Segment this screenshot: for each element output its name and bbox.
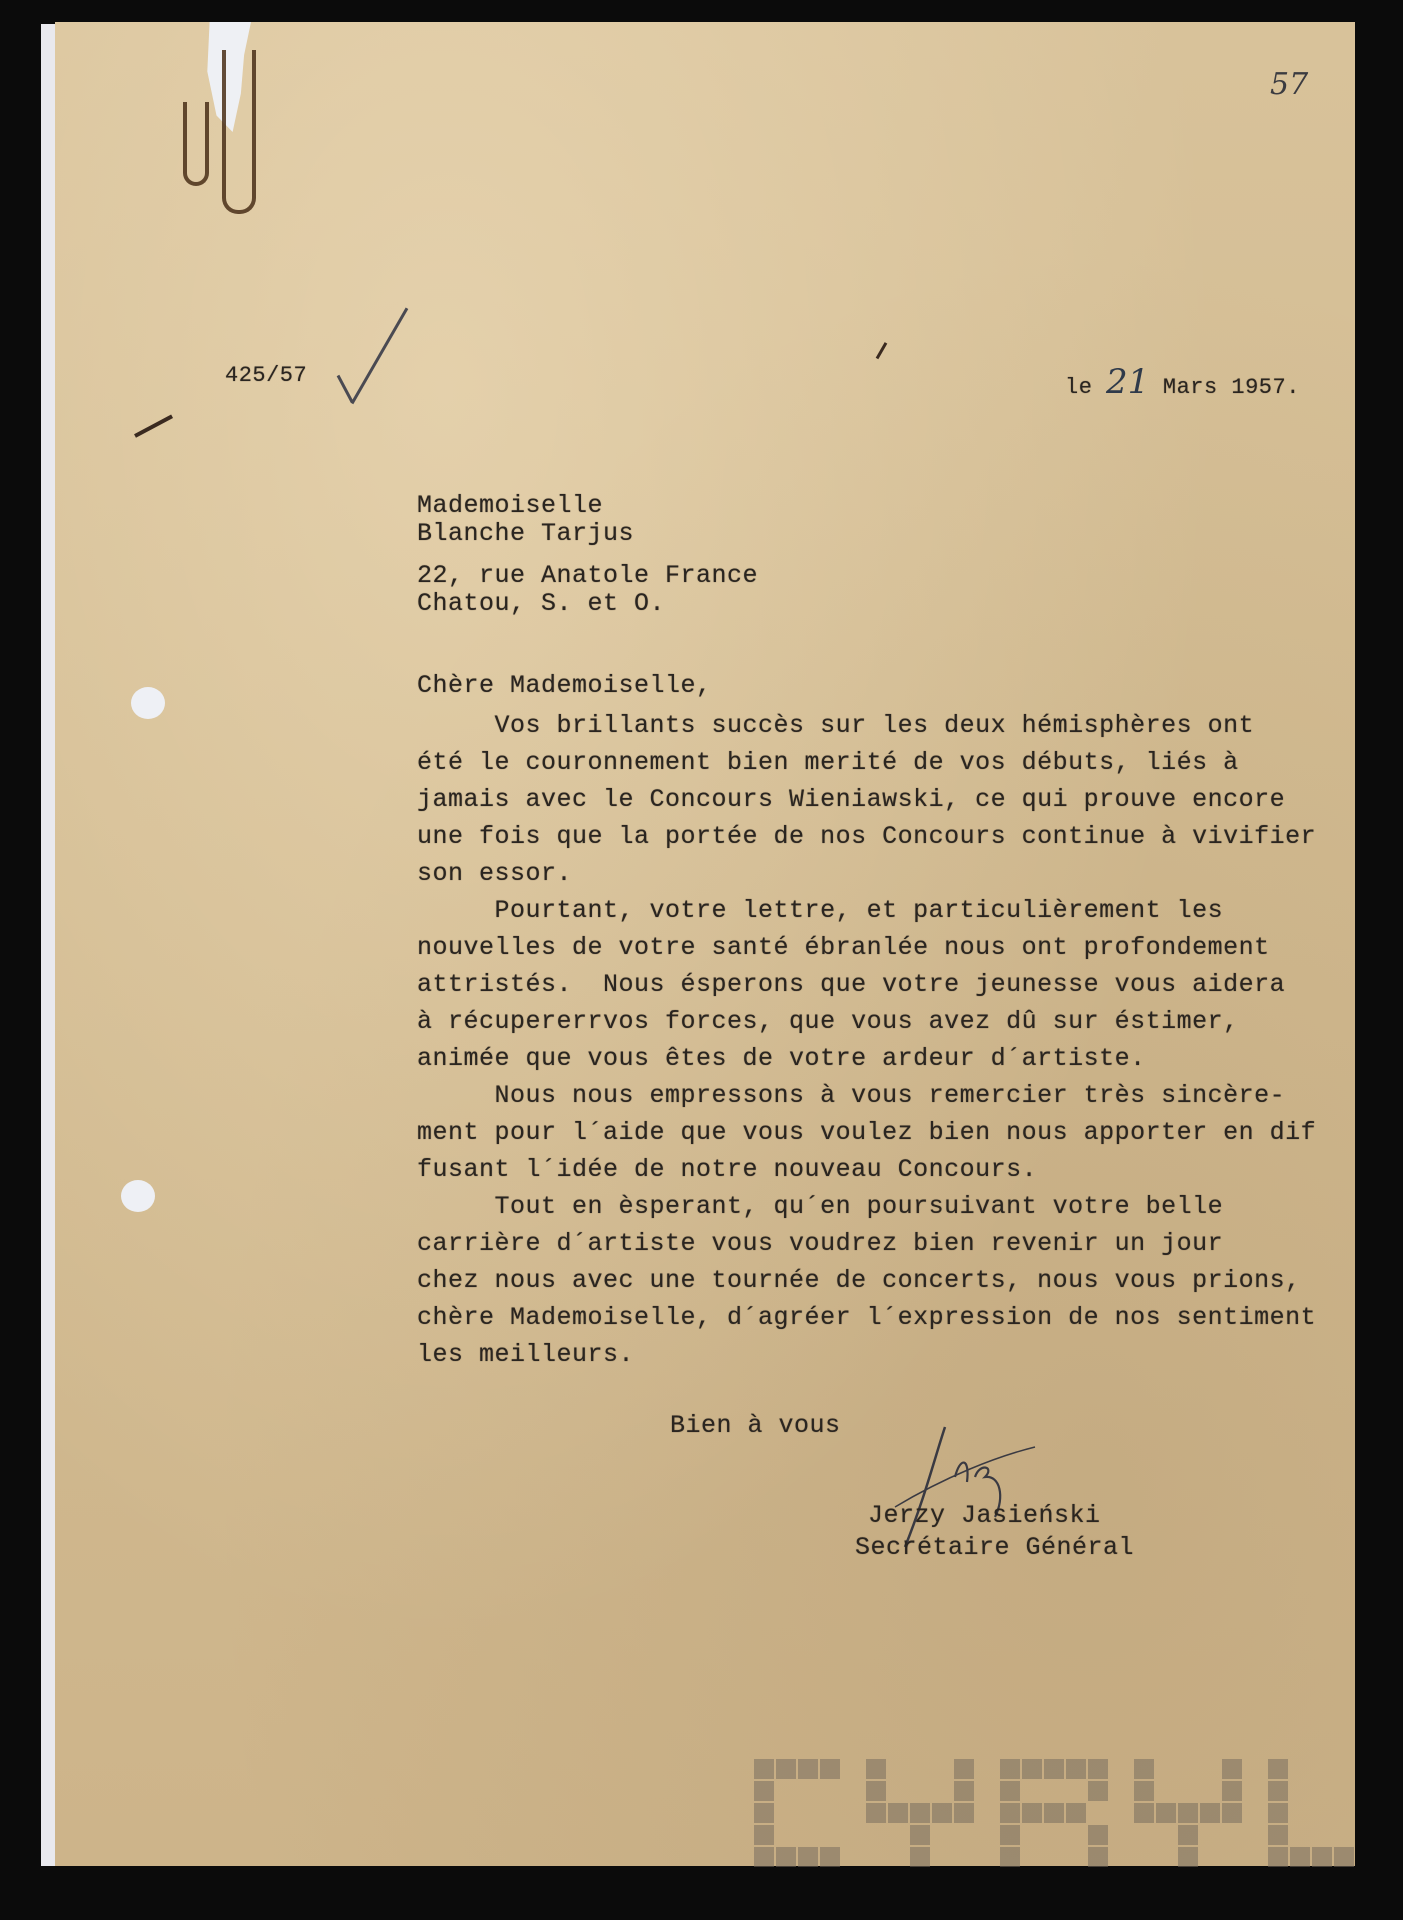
body-line: nouvelles de votre santé ébranlée nous o…	[417, 934, 1270, 962]
watermark-letter-y	[1134, 1759, 1242, 1867]
check-mark-icon	[351, 307, 409, 404]
page-number-handwritten: 57	[1270, 67, 1308, 102]
date-day-handwritten: 21	[1106, 362, 1149, 402]
recipient-name: Blanche Tarjus	[417, 520, 634, 548]
body-line: Tout en èsperant, qu´en poursuivant votr…	[417, 1193, 1223, 1221]
letter-page: 57 425/57 le 21 Mars 1957. Mademoiselle …	[55, 22, 1355, 1866]
punch-hole	[131, 687, 165, 719]
watermark-letter-y	[866, 1759, 974, 1867]
recipient-street: 22, rue Anatole France	[417, 562, 758, 590]
ink-mark	[134, 415, 173, 438]
body-line: Pourtant, votre lettre, et particulièrem…	[417, 897, 1223, 925]
reference-number: 425/57	[225, 362, 307, 390]
paperclip-stain	[183, 102, 209, 186]
body-line: une fois que la portée de nos Concours c…	[417, 823, 1316, 851]
body-line: été le couronnement bien merité de vos d…	[417, 749, 1239, 777]
ink-mark	[876, 342, 888, 359]
body-line: Vos brillants succès sur les deux hémisp…	[417, 712, 1254, 740]
body-line: carrière d´artiste vous voudrez bien rev…	[417, 1230, 1223, 1258]
body-line: attristés. Nous ésperons que votre jeune…	[417, 971, 1285, 999]
paperclip-stain	[222, 50, 256, 214]
date-line: le 21 Mars 1957.	[1065, 362, 1300, 402]
recipient-city: Chatou, S. et O.	[417, 590, 665, 618]
body-line: chère Mademoiselle, d´agréer l´expressio…	[417, 1304, 1316, 1332]
body-line: son essor.	[417, 860, 572, 888]
body-line: chez nous avec une tournée de concerts, …	[417, 1267, 1301, 1295]
body-line: ment pour l´aide que vous voulez bien no…	[417, 1119, 1316, 1147]
watermark-letter-r	[1000, 1759, 1108, 1867]
date-prefix: le	[1065, 375, 1092, 400]
signatory-name: Jerzy Jasieński	[868, 1502, 1101, 1530]
body-line: jamais avec le Concours Wieniawski, ce q…	[417, 786, 1285, 814]
check-mark-icon	[337, 375, 354, 403]
body-line: Nous nous empressons à vous remercier tr…	[417, 1082, 1285, 1110]
date-month-year: Mars 1957.	[1163, 375, 1300, 400]
watermark-letter-c	[754, 1759, 840, 1867]
body-line: animée que vous êtes de votre ardeur d´a…	[417, 1045, 1146, 1073]
recipient-title: Mademoiselle	[417, 492, 603, 520]
body-line: à récupererrvos forces, que vous avez dû…	[417, 1008, 1239, 1036]
punch-hole	[121, 1180, 155, 1212]
body-line: les meilleurs.	[417, 1341, 634, 1369]
salutation: Chère Mademoiselle,	[417, 672, 712, 700]
body-line: fusant l´idée de notre nouveau Concours.	[417, 1156, 1037, 1184]
watermark-letter-l	[1268, 1759, 1354, 1867]
closing: Bien à vous	[670, 1412, 841, 1440]
signatory-title: Secrétaire Général	[855, 1534, 1134, 1562]
